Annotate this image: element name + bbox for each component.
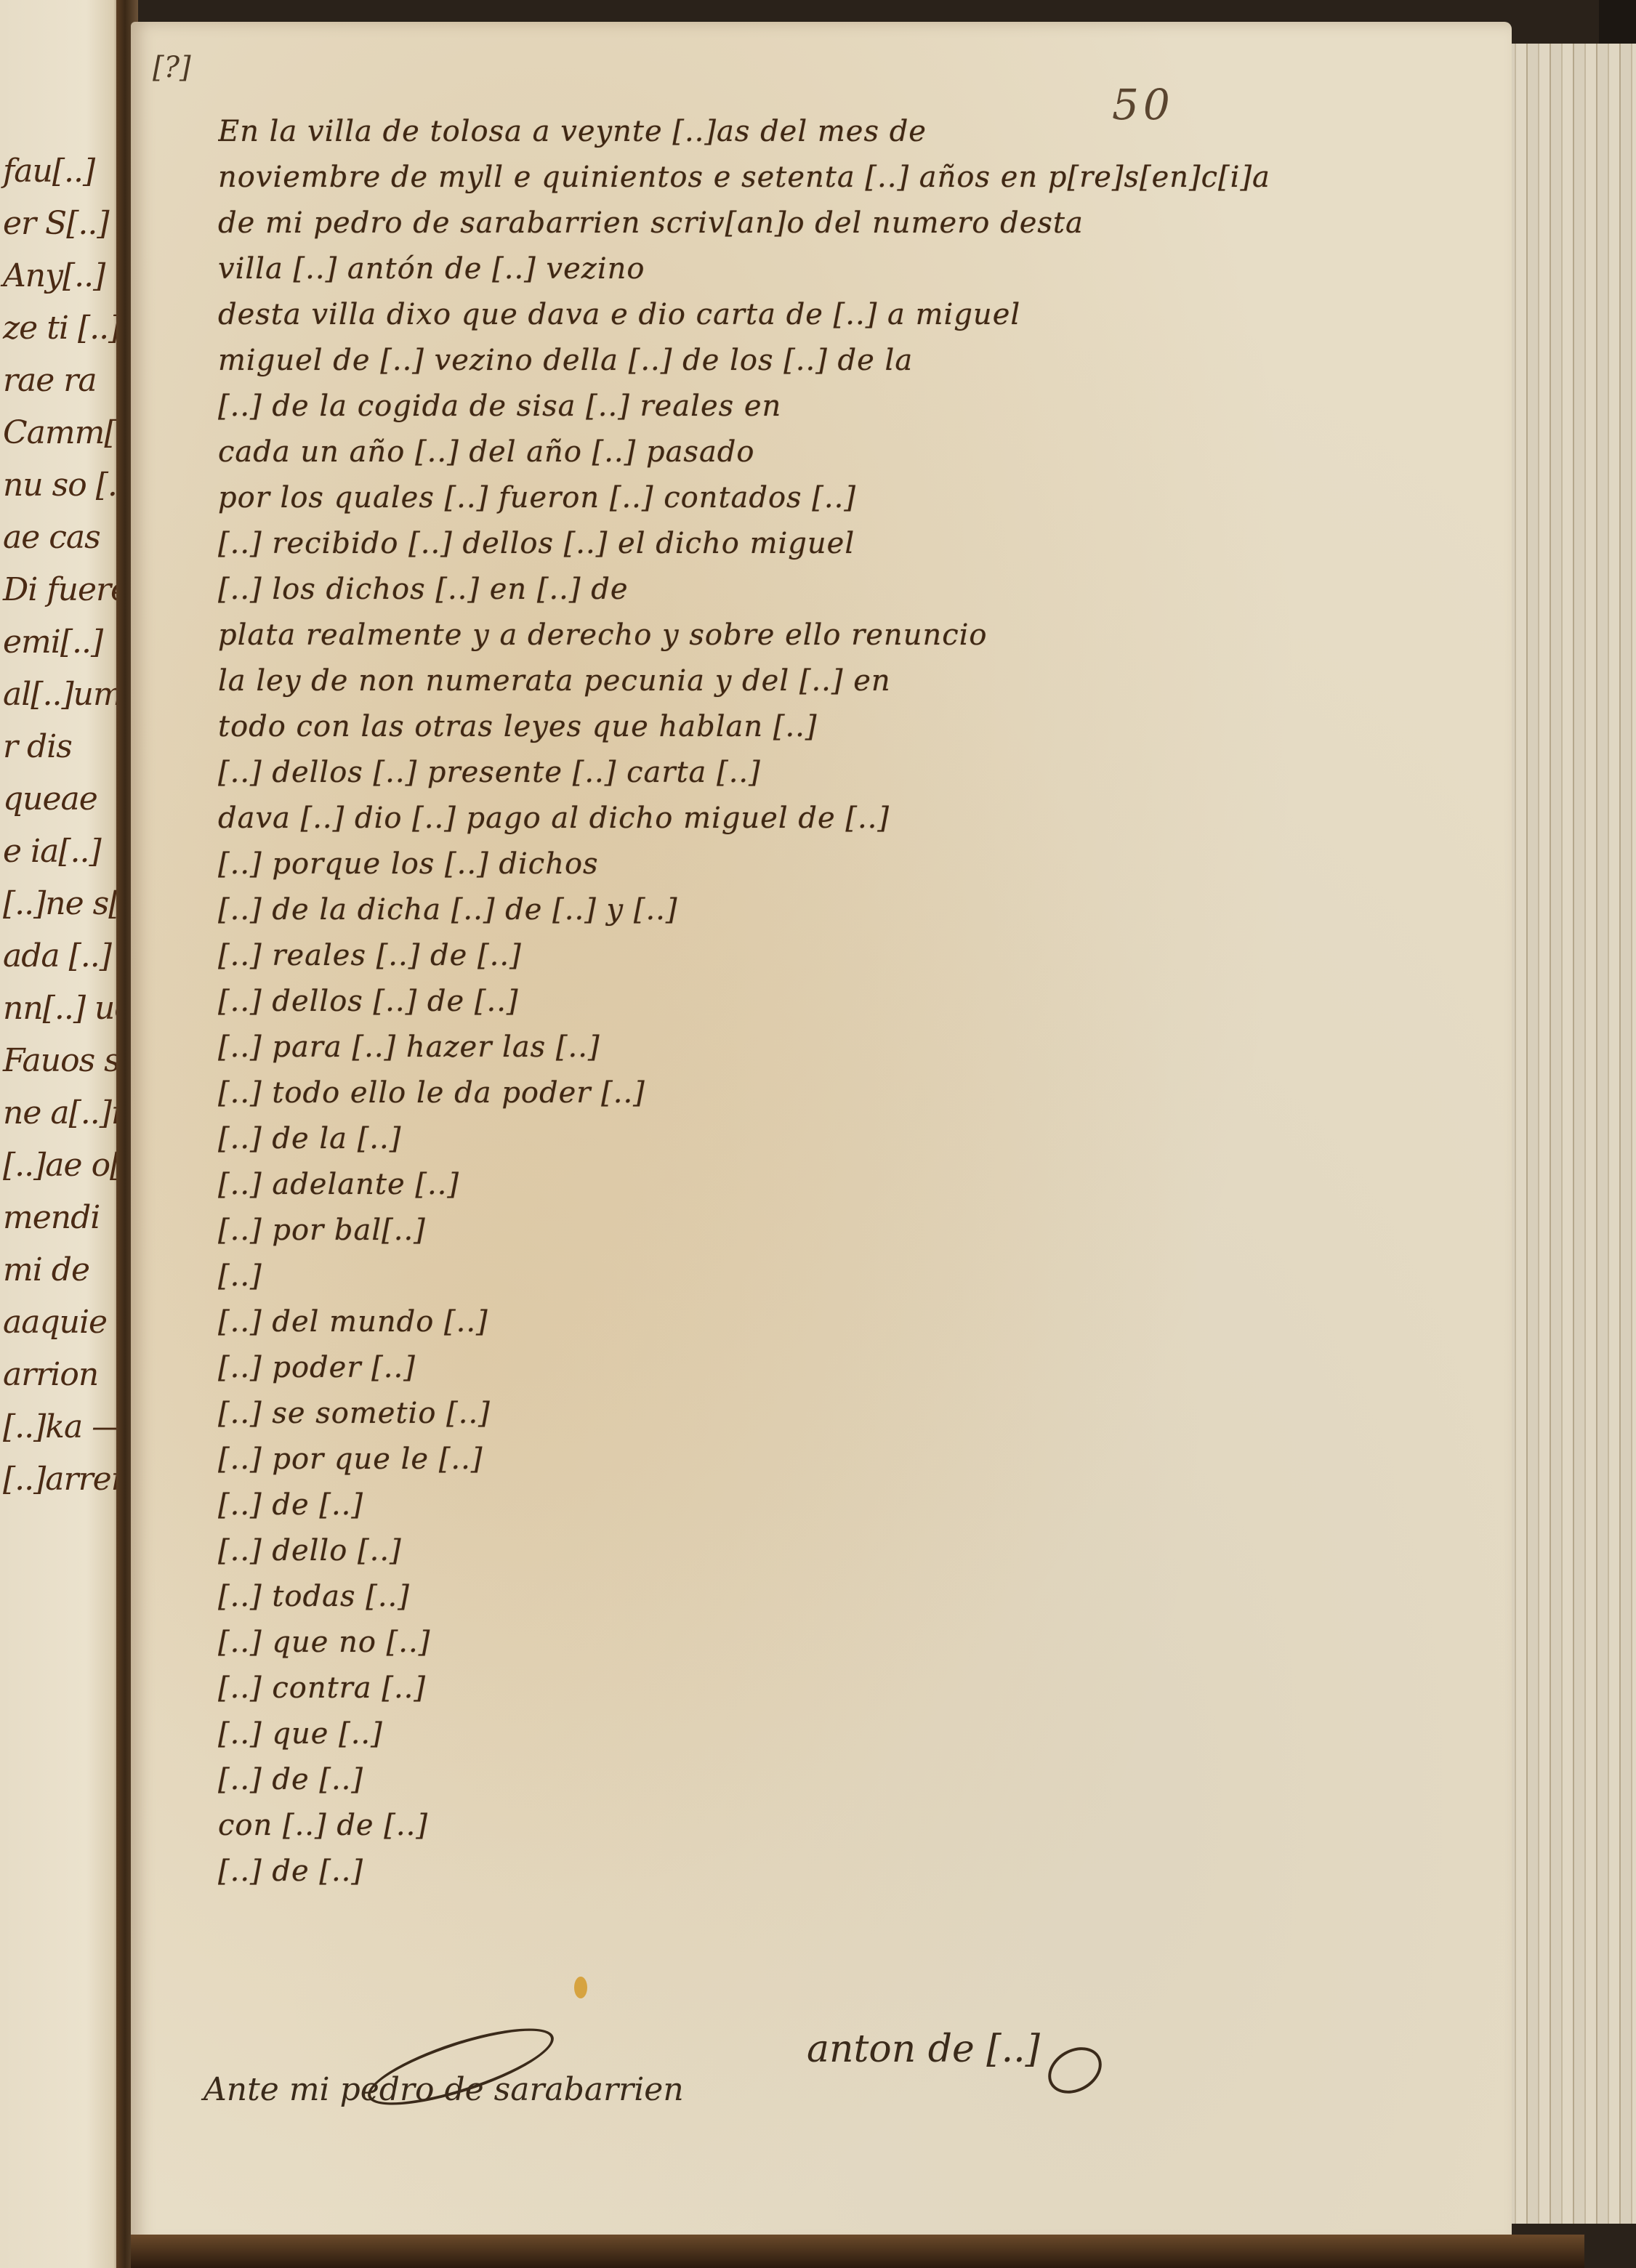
manuscript-line: [..]: [218, 1254, 1468, 1299]
left-page-fragment-line: e ia[..]: [3, 833, 101, 870]
party-signature: anton de [..]: [807, 2027, 1040, 2071]
manuscript-line: [..] de la cogida de sisa [..] reales en: [218, 384, 1468, 429]
manuscript-line: con [..] de [..]: [218, 1803, 1468, 1849]
left-page-fragment: fau[..]er S[..]Any[..]ze ti [..]rae raCa…: [0, 0, 124, 2268]
manuscript-line: En la villa de tolosa a veynte [..]as de…: [218, 109, 1468, 155]
manuscript-line: [..] adelante [..]: [218, 1162, 1468, 1208]
manuscript-line: [..] poder [..]: [218, 1345, 1468, 1391]
left-page-fragment-line: aaquie: [3, 1304, 107, 1341]
manuscript-line: [..] por que le [..]: [218, 1437, 1468, 1482]
manuscript-line: noviembre de myll e quinientos e setenta…: [218, 155, 1468, 201]
manuscript-line: cada un año [..] del año [..] pasado: [218, 429, 1468, 475]
wax-stain: [574, 1977, 587, 1998]
page-bottom-edge: [131, 2235, 1584, 2268]
left-page-fragment-line: er S[..]: [3, 205, 109, 242]
manuscript-line: todo con las otras leyes que hablan [..]: [218, 704, 1468, 750]
left-page-fragment-line: r dis: [3, 728, 72, 765]
left-page-fragment-line: [..]ka —: [3, 1408, 123, 1445]
left-page-fragment-line: nn[..] ue: [3, 990, 132, 1027]
manuscript-line: [..] porque los [..] dichos: [218, 842, 1468, 887]
manuscript-line: dava [..] dio [..] pago al dicho miguel …: [218, 796, 1468, 842]
manuscript-line: [..] para [..] hazer las [..]: [218, 1025, 1468, 1070]
left-page-fragment-line: ze ti [..]: [3, 310, 120, 347]
left-page-fragment-line: arrion: [3, 1356, 98, 1393]
manuscript-line: [..] dellos [..] de [..]: [218, 979, 1468, 1025]
left-page-fragment-line: Di fuere: [3, 571, 129, 608]
manuscript-line: por los quales [..] fueron [..] contados…: [218, 475, 1468, 521]
left-page-fragment-line: mendi: [3, 1199, 100, 1236]
manuscript-line: [..] dello [..]: [218, 1528, 1468, 1574]
left-page-fragment-line: ae cas: [3, 519, 100, 556]
manuscript-body-text: En la villa de tolosa a veynte [..]as de…: [218, 109, 1468, 1894]
manuscript-line: villa [..] antón de [..] vezino: [218, 246, 1468, 292]
corner-mark: [?]: [153, 51, 191, 84]
manuscript-line: [..] del mundo [..]: [218, 1299, 1468, 1345]
manuscript-line: [..] contra [..]: [218, 1666, 1468, 1711]
manuscript-line: [..] todo ello le da poder [..]: [218, 1070, 1468, 1116]
left-page-fragment-line: fau[..]: [3, 153, 94, 190]
left-page-fragment-line: mi de: [3, 1251, 89, 1288]
manuscript-line: [..] que [..]: [218, 1711, 1468, 1757]
left-page-fragment-line: ada [..]: [3, 937, 111, 974]
left-page-fragment-line: rae ra: [3, 362, 97, 399]
left-page-fragment-line: ne a[..]n: [3, 1094, 131, 1131]
manuscript-line: de mi pedro de sarabarrien scriv[an]o de…: [218, 201, 1468, 246]
manuscript-line: [..] de [..]: [218, 1849, 1468, 1894]
manuscript-line: miguel de [..] vezino della [..] de los …: [218, 338, 1468, 384]
manuscript-line: [..] por bal[..]: [218, 1208, 1468, 1254]
manuscript-line: [..] todas [..]: [218, 1574, 1468, 1620]
manuscript-line: [..] de [..]: [218, 1482, 1468, 1528]
left-page-fragment-line: Any[..]: [3, 257, 105, 294]
manuscript-line: [..] de [..]: [218, 1757, 1468, 1803]
manuscript-line: [..] de la dicha [..] de [..] y [..]: [218, 887, 1468, 933]
manuscript-line: [..] de la [..]: [218, 1116, 1468, 1162]
rubric-flourish: [1040, 2038, 1111, 2102]
left-page-fragment-line: emi[..]: [3, 624, 102, 661]
manuscript-line: [..] reales [..] de [..]: [218, 933, 1468, 979]
manuscript-line: [..] que no [..]: [218, 1620, 1468, 1666]
manuscript-line: la ley de non numerata pecunia y del [..…: [218, 658, 1468, 704]
manuscript-line: [..] dellos [..] presente [..] carta [..…: [218, 750, 1468, 796]
left-page-fragment-line: queae: [3, 780, 97, 818]
manuscript-line: plata realmente y a derecho y sobre ello…: [218, 613, 1468, 658]
manuscript-line: desta villa dixo que dava e dio carta de…: [218, 292, 1468, 338]
signature-block: Ante mi pedro de sarabarrien anton de [.…: [204, 2027, 1294, 2216]
manuscript-line: [..] recibido [..] dellos [..] el dicho …: [218, 521, 1468, 567]
manuscript-line: [..] los dichos [..] en [..] de: [218, 567, 1468, 613]
page-stack-edge: [1504, 44, 1636, 2224]
manuscript-line: [..] se sometio [..]: [218, 1391, 1468, 1437]
